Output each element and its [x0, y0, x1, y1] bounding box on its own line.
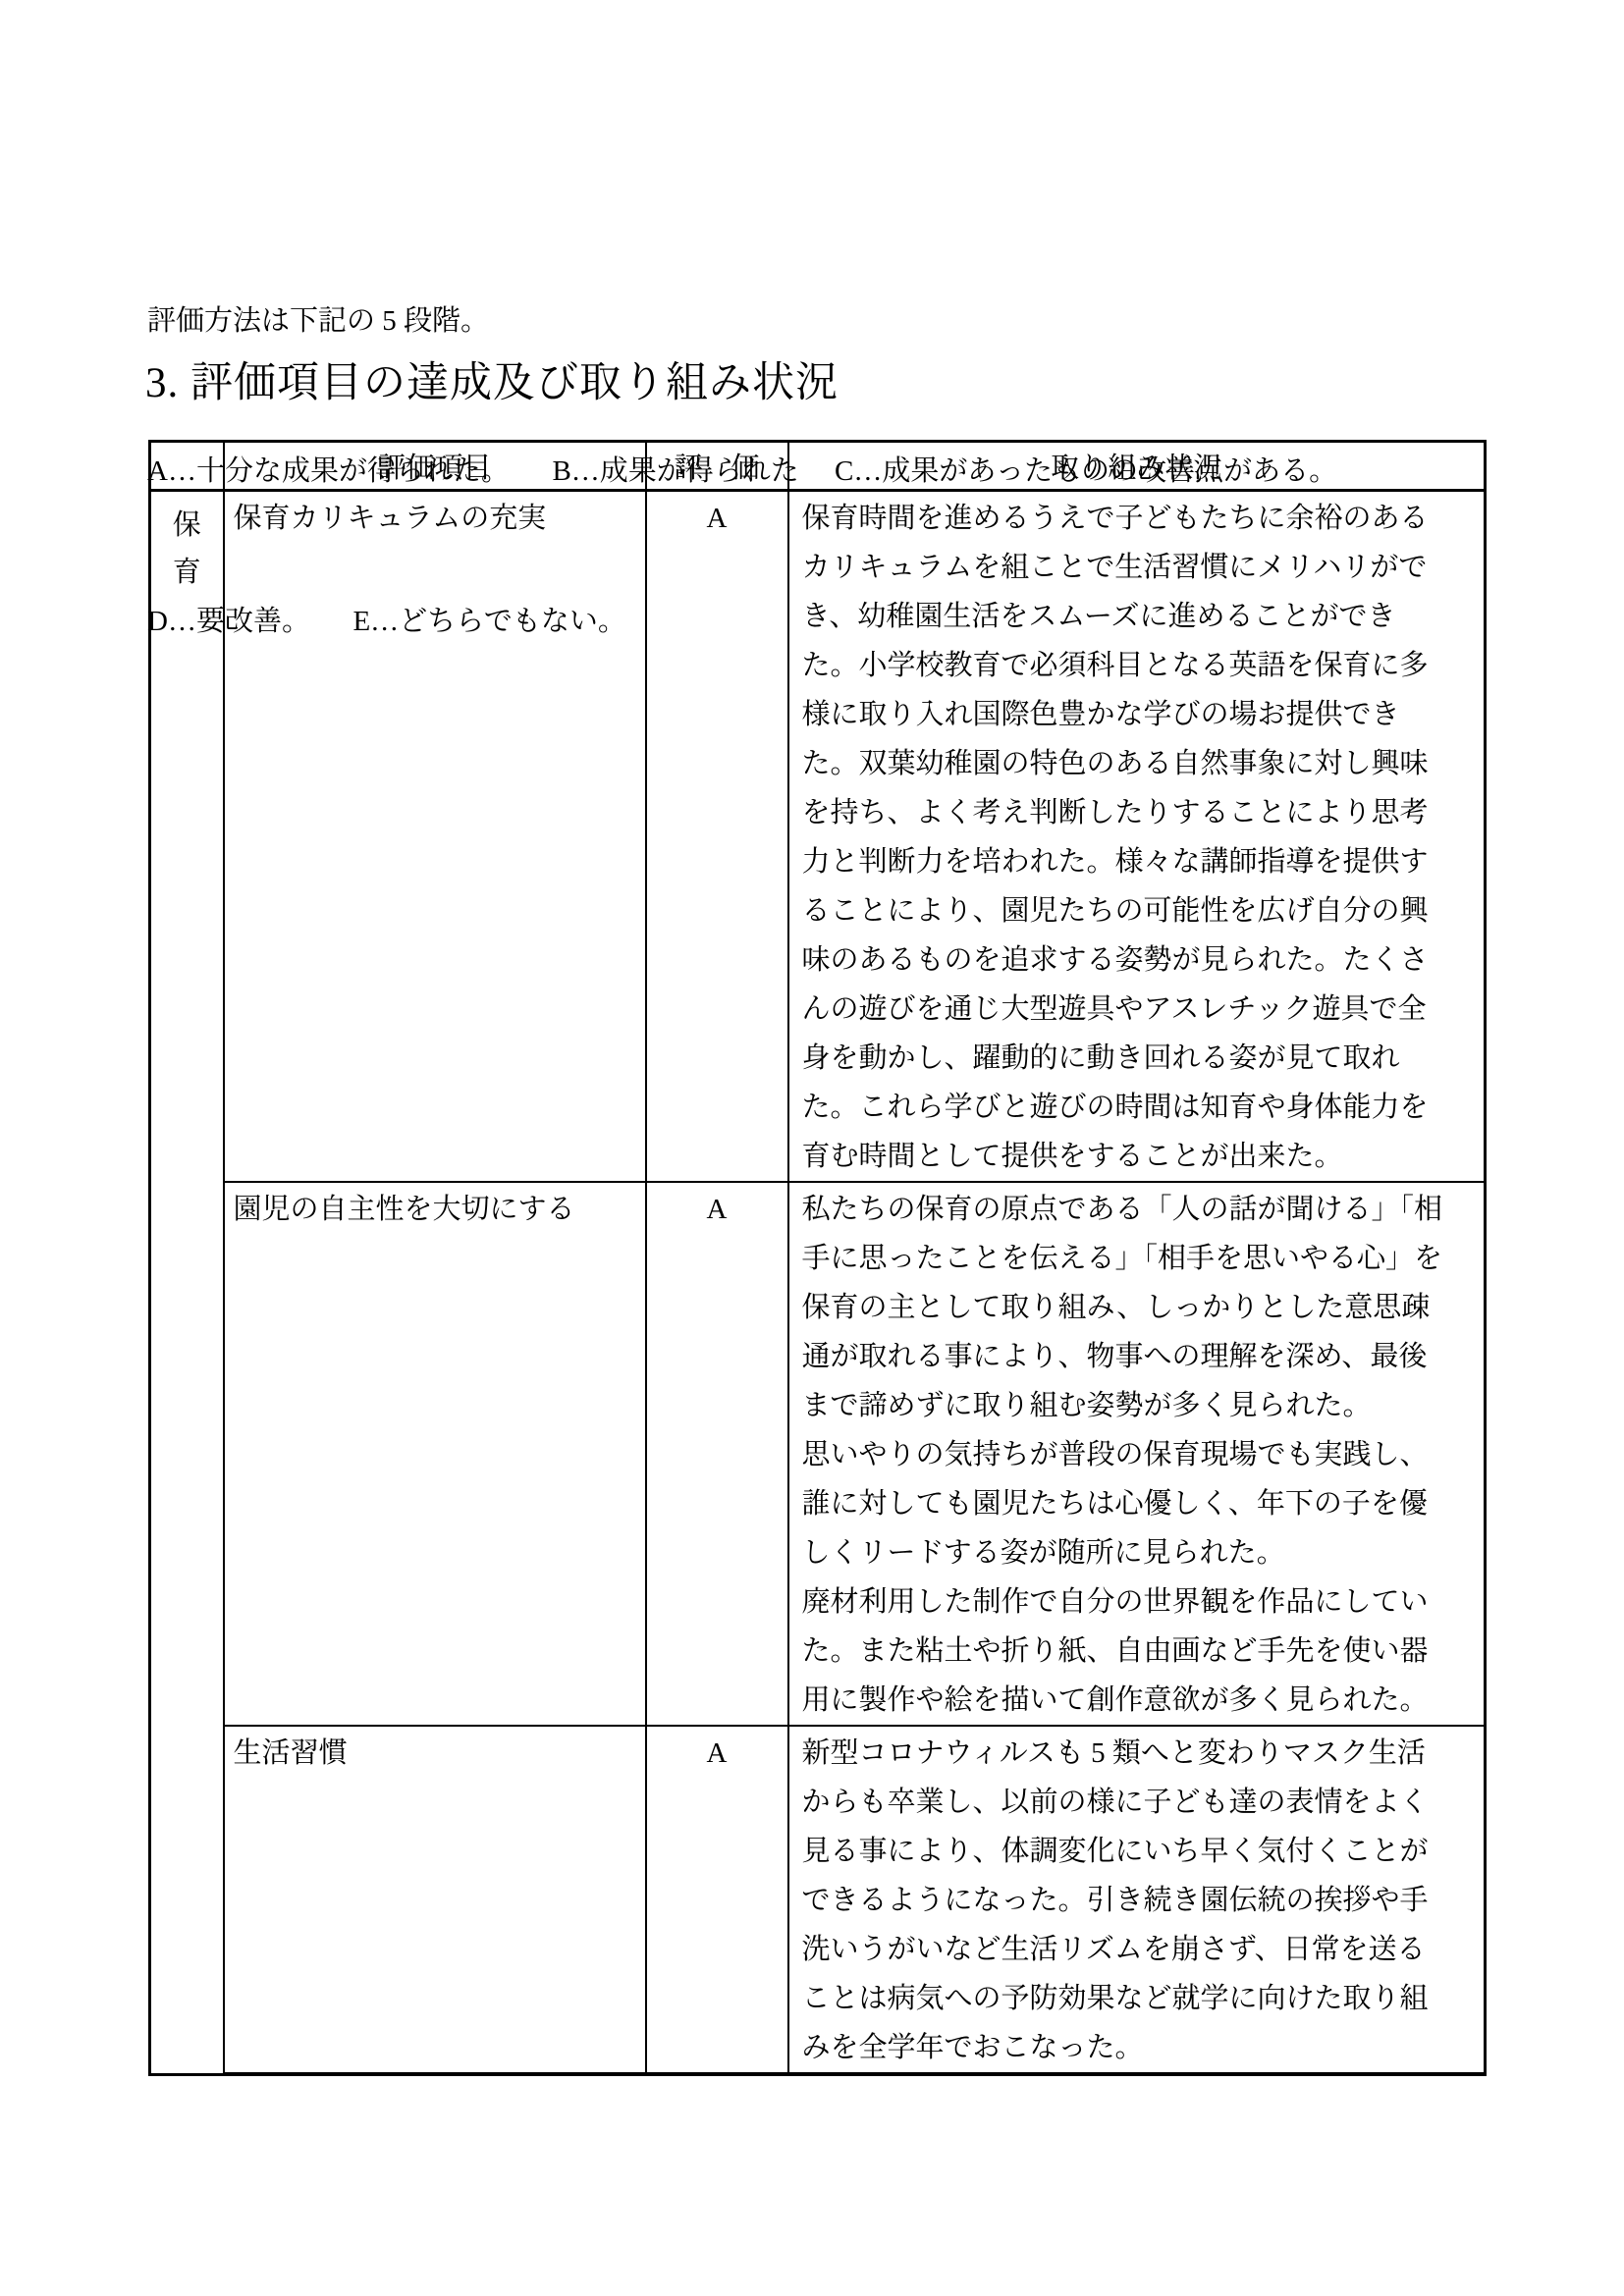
document-page: 評価方法は下記の 5 段階。 A…十分な成果が得られた。 B…成果が得られた C…: [0, 0, 1624, 2296]
rating-cell: A: [646, 1182, 788, 1726]
status-cell: 保育時間を進めるうえで子どもたちに余裕のある カリキュラムを組ことで生活習慣にメ…: [788, 491, 1486, 1183]
header-category-empty: [150, 442, 224, 491]
item-cell: 保育カリキュラムの充実: [224, 491, 646, 1183]
evaluation-table: 評価項目 評 価 取り組み状況 保 育 保育カリキュラムの充実 A 保育時間を進…: [148, 440, 1487, 2076]
rating-cell: A: [646, 491, 788, 1183]
item-cell: 生活習慣: [224, 1726, 646, 2074]
status-cell: 私たちの保育の原点である「人の話が聞ける」「相 手に思ったことを伝える」「相手を…: [788, 1182, 1486, 1726]
header-rating: 評 価: [646, 442, 788, 491]
item-cell: 園児の自主性を大切にする: [224, 1182, 646, 1726]
table-row: 園児の自主性を大切にする A 私たちの保育の原点である「人の話が聞ける」「相 手…: [150, 1182, 1486, 1726]
rating-scale-title: 評価方法は下記の 5 段階。: [147, 296, 1337, 347]
header-status: 取り組み状況: [788, 442, 1486, 491]
rating-cell: A: [646, 1726, 788, 2074]
table-row: 生活習慣 A 新型コロナウィルスも 5 類へと変わりマスク生活 からも卒業し、以…: [150, 1726, 1486, 2074]
category-label-vertical: 保 育: [150, 491, 224, 2075]
table-row: 保 育 保育カリキュラムの充実 A 保育時間を進めるうえで子どもたちに余裕のある…: [150, 491, 1486, 1183]
table-header-row: 評価項目 評 価 取り組み状況: [150, 442, 1486, 491]
section-heading: 3. 評価項目の達成及び取り組み状況: [145, 355, 839, 412]
header-item: 評価項目: [224, 442, 646, 491]
status-cell: 新型コロナウィルスも 5 類へと変わりマスク生活 からも卒業し、以前の様に子ども…: [788, 1726, 1486, 2074]
